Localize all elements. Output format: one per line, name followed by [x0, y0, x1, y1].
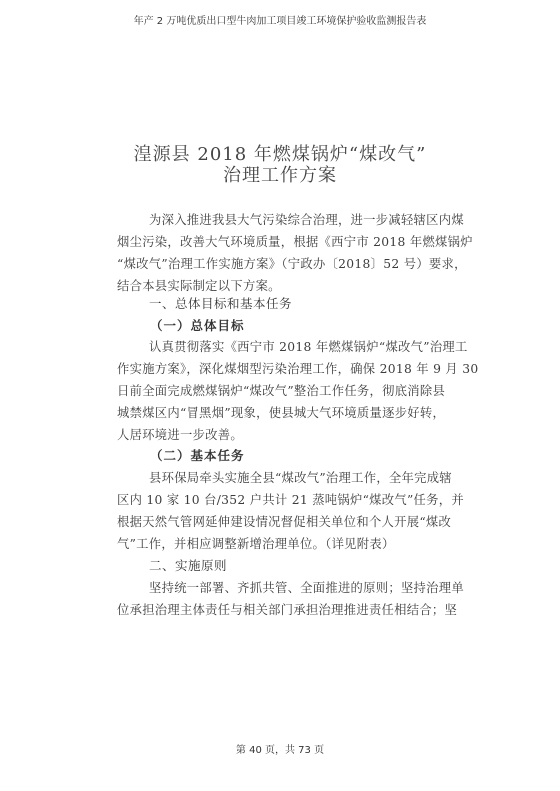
- body-line: 气”工作，并相应调整新增治理单位。（详见附表）: [117, 534, 395, 552]
- subsection-1-heading: （一）总体目标: [150, 316, 245, 334]
- body-line: 作实施方案》，深化煤烟型污染治理工作，确保 2018 年 9 月 30: [117, 359, 479, 377]
- body-line: 根据天然气管网延伸建设情况督促相关单位和个人开展“煤改: [117, 512, 451, 530]
- body-line: 日前全面完成燃煤锅炉“煤改气”整治工作任务，彻底消除县: [117, 381, 445, 399]
- subsection-2-heading: （二）基本任务: [150, 446, 245, 464]
- intro-line: 为深入推进我县大气污染综合治理，进一步减轻辖区内煤: [149, 210, 464, 228]
- body-line: 城禁煤区内“冒黑烟”现象，使县城大气环境质量逐步好转，: [117, 403, 445, 421]
- intro-line: 结合本县实际制定以下方案。: [117, 276, 281, 294]
- body-line: 县环保局牵头实施全县“煤改气”治理工作，全年完成辖: [149, 468, 452, 486]
- section-2-heading: 二、实施原则: [149, 556, 227, 574]
- page-indicator: 第 40 页，共 73 页: [0, 741, 560, 756]
- body-line: 坚持统一部署、齐抓共管、全面推进的原则；坚持治理单: [149, 578, 464, 596]
- document-title-line-2: 治理工作方案: [0, 161, 560, 187]
- intro-line: 烟尘污染，改善大气环境质量，根据《西宁市 2018 年燃煤锅炉: [117, 232, 473, 250]
- body-line: 位承担治理主体责任与相关部门承担治理推进责任相结合；坚: [117, 600, 457, 618]
- body-line: 认真贯彻落实《西宁市 2018 年燃煤锅炉“煤改气”治理工: [149, 337, 468, 355]
- page-header: 年产 2 万吨优质出口型牛肉加工项目竣工环境保护验收监测报告表: [0, 12, 560, 27]
- section-1-heading: 一、总体目标和基本任务: [149, 294, 292, 312]
- intro-line: “煤改气”治理工作实施方案》（宁政办〔2018〕52 号）要求，: [117, 254, 467, 272]
- body-line: 区内 10 家 10 台/352 户共计 21 蒸吨锅炉“煤改气”任务，并: [117, 490, 464, 508]
- body-line: 人居环境进一步改善。: [117, 425, 243, 443]
